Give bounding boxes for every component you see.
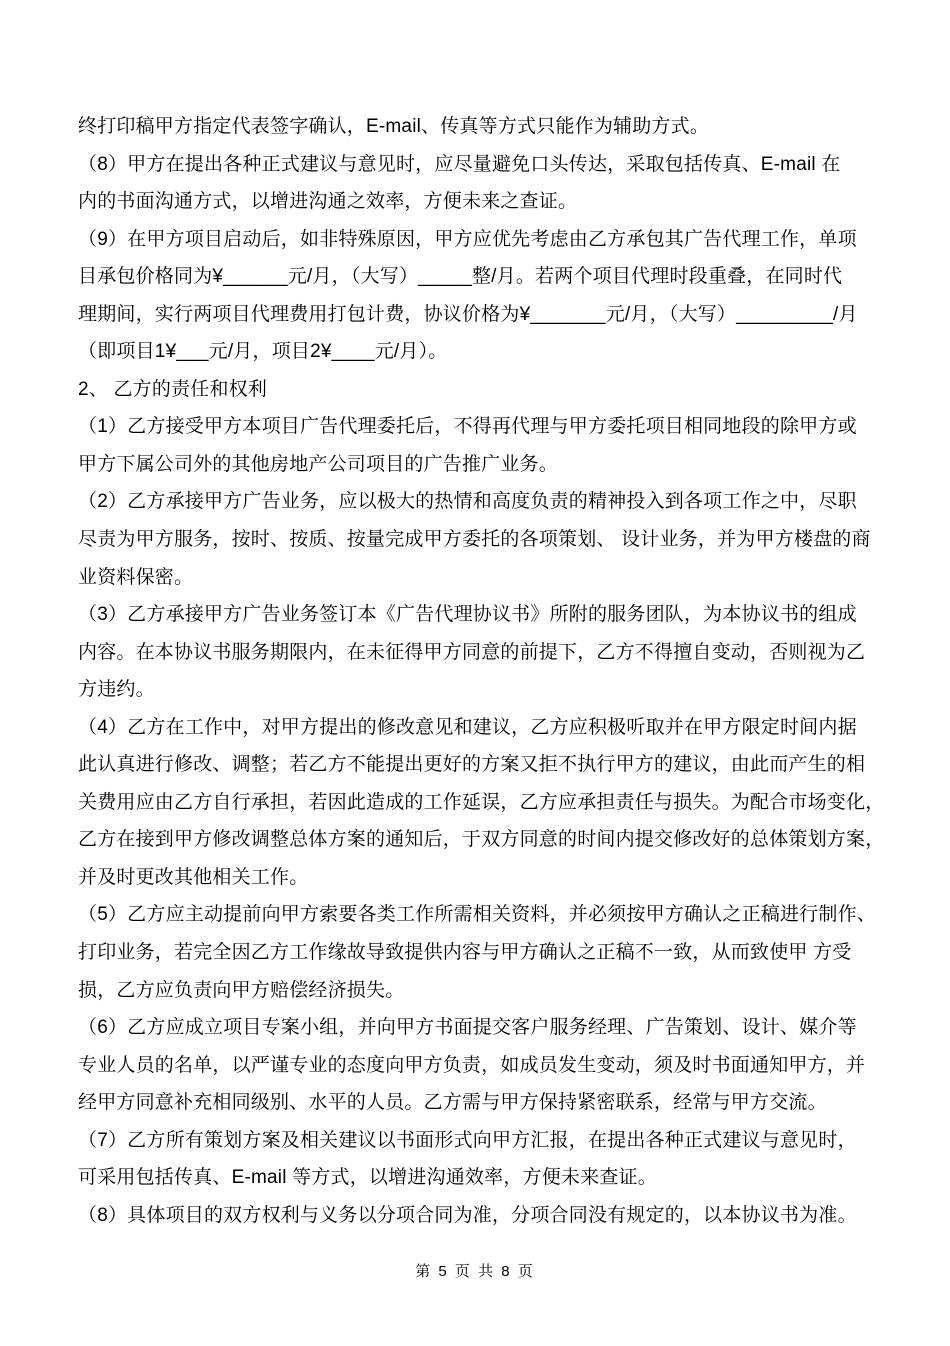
document-page: 终打印稿甲方指定代表签字确认，E-mail、传真等方式只能作为辅助方式。（8）甲… [0, 0, 950, 1346]
text-line: （8）甲方在提出各种正式建议与意见时，应尽量避免口头传达，采取包括传真、E-ma… [78, 146, 872, 184]
text-line: 理期间，实行两项目代理费用打包计费，协议价格为¥_______元/月，（大写）_… [78, 296, 872, 334]
text-line: 专业人员的名单，以严谨专业的态度向甲方负责，如成员发生变动，须及时书面通知甲方，… [78, 1047, 872, 1085]
text-line: 乙方在接到甲方修改调整总体方案的通知后，于双方同意的时间内提交修改好的总体策划方… [78, 821, 872, 859]
text-line: 尽责为甲方服务，按时、按质、按量完成甲方委托的各项策划、 设计业务，并为甲方楼盘… [78, 521, 872, 559]
text-line: 甲方下属公司外的其他房地产公司项目的广告推广业务。 [78, 446, 872, 484]
text-line: 目承包价格同为¥______元/月，（大写）_____整/月。若两个项目代理时段… [78, 258, 872, 296]
text-line: 损，乙方应负责向甲方赔偿经济损失。 [78, 972, 872, 1010]
text-line: （6）乙方应成立项目专案小组，并向甲方书面提交客户服务经理、广告策划、设计、媒介… [78, 1009, 872, 1047]
text-line: （7）乙方所有策划方案及相关建议以书面形式向甲方汇报，在提出各种正式建议与意见时… [78, 1122, 872, 1160]
text-line: （3）乙方承接甲方广告业务签订本《广告代理协议书》所附的服务团队，为本协议书的组… [78, 596, 872, 634]
text-line: 业资料保密。 [78, 559, 872, 597]
text-line: （5）乙方应主动提前向甲方索要各类工作所需相关资料，并必须按甲方确认之正稿进行制… [78, 896, 872, 934]
document-body: 终打印稿甲方指定代表签字确认，E-mail、传真等方式只能作为辅助方式。（8）甲… [78, 108, 872, 1234]
text-line: （9）在甲方项目启动后，如非特殊原因，甲方应优先考虑由乙方承包其广告代理工作，单… [78, 221, 872, 259]
text-line: （4）乙方在工作中，对甲方提出的修改意见和建议，乙方应积极听取并在甲方限定时间内… [78, 709, 872, 747]
text-line: 关费用应由乙方自行承担，若因此造成的工作延误，乙方应承担责任与损失。为配合市场变… [78, 784, 872, 822]
text-line: （8）具体项目的双方权利与义务以分项合同为准，分项合同没有规定的，以本协议书为准… [78, 1197, 872, 1235]
text-line: 内容。在本协议书服务期限内，在未征得甲方同意的前提下，乙方不得擅自变动，否则视为… [78, 634, 872, 672]
text-line: 终打印稿甲方指定代表签字确认，E-mail、传真等方式只能作为辅助方式。 [78, 108, 872, 146]
text-line: 可采用包括传真、E-mail 等方式，以增进沟通效率，方便未来查证。 [78, 1159, 872, 1197]
text-line: 打印业务，若完全因乙方工作缘故导致提供内容与甲方确认之正稿不一致，从而致使甲 方… [78, 934, 872, 972]
text-line: 经甲方同意补充相同级别、水平的人员。乙方需与甲方保持紧密联系，经常与甲方交流。 [78, 1084, 872, 1122]
text-line: （即项目1¥___元/月，项目2¥____元/月）。 [78, 333, 872, 371]
text-line: 并及时更改其他相关工作。 [78, 859, 872, 897]
text-line: 此认真进行修改、调整；若乙方不能提出更好的方案又拒不执行甲方的建议，由此而产生的… [78, 746, 872, 784]
text-line: 方违约。 [78, 671, 872, 709]
text-line: 内的书面沟通方式，以增进沟通之效率，方便未来之查证。 [78, 183, 872, 221]
page-footer: 第 5 页 共 8 页 [0, 1261, 950, 1283]
text-line: 2、 乙方的责任和权利 [78, 371, 872, 409]
text-line: （1）乙方接受甲方本项目广告代理委托后，不得再代理与甲方委托项目相同地段的除甲方… [78, 408, 872, 446]
text-line: （2）乙方承接甲方广告业务，应以极大的热情和高度负责的精神投入到各项工作之中，尽… [78, 483, 872, 521]
